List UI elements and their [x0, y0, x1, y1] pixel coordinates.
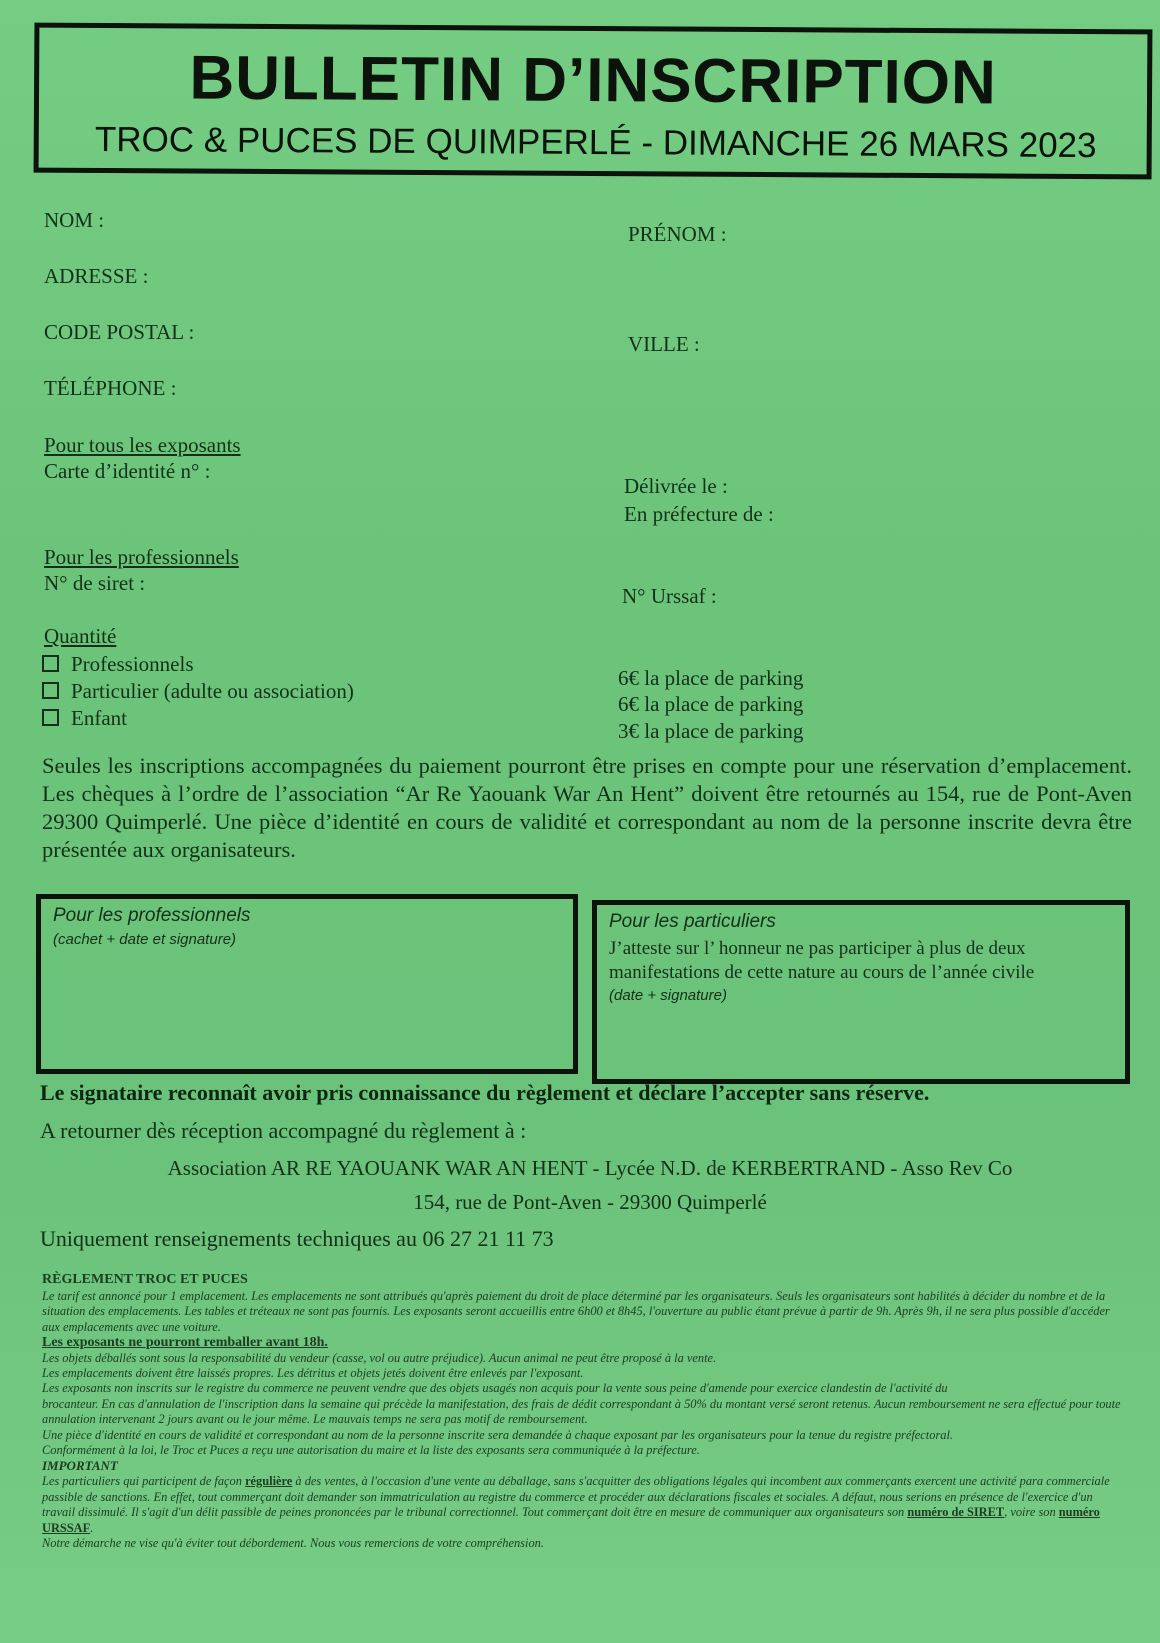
event-subtitle: TROC & PUCES DE QUIMPERLÉ - DIMANCHE 26 … — [53, 120, 1139, 167]
field-nom[interactable]: NOM : — [44, 208, 104, 233]
field-telephone[interactable]: TÉLÉPHONE : — [44, 376, 176, 401]
regulations-paragraph: Le tarif est annoncé pour 1 emplacement.… — [42, 1289, 1122, 1335]
price-enfant: 3€ la place de parking — [618, 719, 803, 744]
section-quantity: Quantité — [44, 624, 116, 649]
page-title: BULLETIN D’INSCRIPTION — [39, 42, 1147, 120]
emphasis-siret: numéro de SIRET — [907, 1505, 1004, 1519]
header-box: BULLETIN D’INSCRIPTION TROC & PUCES DE Q… — [34, 23, 1153, 180]
option-label: Particulier (adulte ou association) — [71, 679, 354, 703]
association-address: 154, rue de Pont-Aven - 29300 Quimperlé — [40, 1190, 1140, 1215]
option-enfant[interactable]: Enfant — [42, 706, 127, 731]
signature-box-heading: Pour les professionnels — [53, 905, 251, 927]
option-professionnels[interactable]: Professionnels — [42, 652, 194, 677]
price-particulier: 6€ la place de parking — [618, 692, 803, 717]
section-all-exhibitors: Pour tous les exposants — [44, 433, 241, 458]
repack-notice: Les exposants ne pourront remballer avan… — [42, 1335, 328, 1350]
signature-box-instructions: (cachet + date et signature) — [53, 931, 236, 948]
text-run: , voire son — [1004, 1505, 1059, 1519]
option-label: Enfant — [71, 706, 127, 730]
regulations: RÈGLEMENT TROC ET PUCES Le tarif est ann… — [42, 1272, 1122, 1552]
field-issued-on[interactable]: Délivrée le : — [624, 474, 728, 499]
important-heading: IMPORTANT — [42, 1458, 1122, 1474]
price-professionnels: 6€ la place de parking — [618, 666, 803, 691]
signature-box-heading: Pour les particuliers — [609, 911, 776, 933]
checkbox-enfant[interactable] — [42, 709, 59, 726]
closing-paragraph: Notre démarche ne vise qu'à éviter tout … — [42, 1536, 1122, 1551]
regulations-paragraph: Conformément à la loi, le Troc et Puces … — [42, 1443, 1122, 1458]
field-id-card[interactable]: Carte d’identité n° : — [44, 459, 210, 484]
checkbox-professionnels[interactable] — [42, 655, 59, 672]
field-prefecture[interactable]: En préfecture de : — [624, 502, 774, 527]
field-ville[interactable]: VILLE : — [628, 332, 700, 357]
field-code-postal[interactable]: CODE POSTAL : — [44, 320, 194, 345]
field-urssaf[interactable]: N° Urssaf : — [622, 584, 717, 609]
association-name: Association AR RE YAOUANK WAR AN HENT - … — [40, 1156, 1140, 1181]
contact-phone: Uniquement renseignements techniques au … — [40, 1226, 554, 1252]
field-siret[interactable]: N° de siret : — [44, 571, 145, 596]
regulations-paragraph: brocanteur. En cas d'annulation de l'ins… — [42, 1397, 1122, 1428]
signature-box-instructions: (date + signature) — [609, 987, 727, 1004]
section-professionals: Pour les professionnels — [44, 545, 239, 570]
payment-notice: Seules les inscriptions accompagnées du … — [42, 752, 1132, 864]
signature-box-individuals[interactable]: Pour les particuliers J’atteste sur l’ h… — [592, 900, 1130, 1084]
regulations-paragraph: Les exposants non inscrits sur le regist… — [42, 1381, 1122, 1396]
regulations-heading: RÈGLEMENT TROC ET PUCES — [42, 1272, 1122, 1288]
regulations-paragraph: Les objets déballés sont sous la respons… — [42, 1351, 1122, 1366]
individual-attestation: J’atteste sur l’ honneur ne pas particip… — [609, 937, 1109, 985]
text-run: . — [90, 1521, 93, 1535]
return-instructions: A retourner dès réception accompagné du … — [40, 1118, 526, 1144]
field-adresse[interactable]: ADRESSE : — [44, 264, 148, 289]
emphasis-reguliere: régulière — [245, 1474, 292, 1488]
option-particulier[interactable]: Particulier (adulte ou association) — [42, 679, 354, 704]
important-paragraph: Les particuliers qui participent de faço… — [42, 1474, 1122, 1536]
regulations-paragraph: Une pièce d'identité en cours de validit… — [42, 1428, 1122, 1443]
text-run: Les particuliers qui participent de faço… — [42, 1474, 245, 1488]
signature-box-professionals[interactable]: Pour les professionnels (cachet + date e… — [36, 894, 578, 1074]
option-label: Professionnels — [71, 652, 194, 676]
field-prenom[interactable]: PRÉNOM : — [628, 222, 727, 247]
acknowledgement: Le signataire reconnaît avoir pris conna… — [40, 1080, 929, 1106]
checkbox-particulier[interactable] — [42, 682, 59, 699]
regulations-paragraph: Les emplacements doivent être laissés pr… — [42, 1366, 1122, 1381]
